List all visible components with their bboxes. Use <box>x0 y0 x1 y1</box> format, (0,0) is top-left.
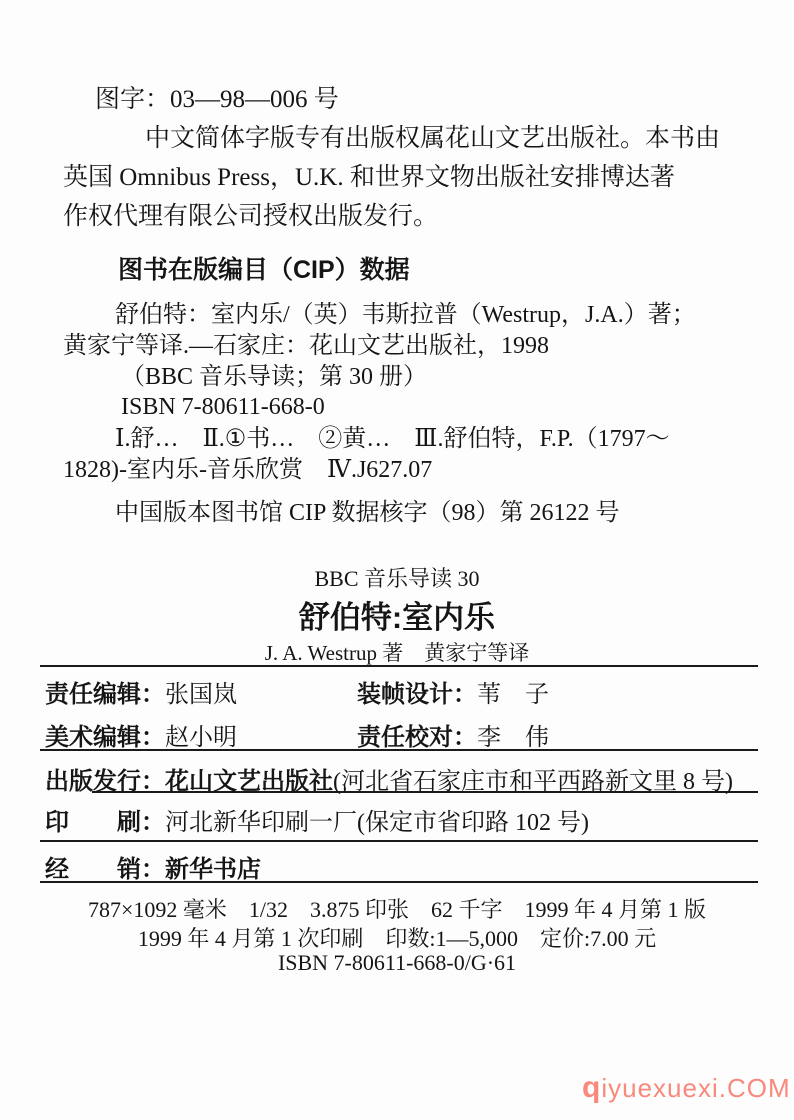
credit-label: 责任校对： <box>357 724 477 751</box>
distributor-row: 经 销：新华书店 <box>45 849 261 884</box>
cip-record-number: 中国版本图书馆 CIP 数据核字（98）第 26122 号 <box>115 498 619 529</box>
credit-label: 责任编辑： <box>45 681 165 708</box>
credits-row-editors: 责任编辑：张国岚 <box>45 674 237 709</box>
cip-entry-line: 黄家宁等译.—石家庄：花山文艺出版社，1998 <box>63 331 549 362</box>
colophon-isbn-line: ISBN 7-80611-668-0/G·61 <box>0 950 794 976</box>
credits-row-design: 装帧设计：苇 子 <box>357 674 549 709</box>
cip-isbn-line: ISBN 7-80611-668-0 <box>63 392 325 423</box>
publisher-name: 花山文艺出版社 <box>165 768 333 795</box>
credit-label: 装帧设计： <box>357 681 477 708</box>
printer-value: 河北新华印刷一厂(保定市省印路 102 号) <box>165 810 589 836</box>
publisher-label: 出版发行： <box>45 768 165 795</box>
colophon-format-line: 787×1092 毫米 1/32 3.875 印张 62 千字 1999 年 4… <box>0 893 794 924</box>
credit-value: 苇 子 <box>477 682 549 708</box>
credits-row-art-editor: 美术编辑：赵小明 <box>45 717 237 752</box>
colophon-printing-line: 1999 年 4 月第 1 次印刷 印数:1—5,000 定价:7.00 元 <box>0 922 794 953</box>
credit-value: 赵小明 <box>165 725 237 751</box>
credit-value: 李 伟 <box>477 725 549 751</box>
cip-entry-line: 舒伯特：室内乐/（英）韦斯拉普（Westrup，J.A.）著； <box>63 300 696 331</box>
divider <box>40 840 758 842</box>
copyright-notice-line: 作权代理有限公司授权出版发行。 <box>63 197 438 236</box>
registration-number: 图字：03—98—006 号 <box>95 80 339 119</box>
printer-row: 印 刷：河北新华印刷一厂(保定市省印路 102 号) <box>45 802 589 837</box>
printer-label: 印 刷： <box>45 809 165 836</box>
book-copyright-page: 图字：03—98—006 号 中文简体字版专有出版权属花山文艺出版社。本书由 英… <box>0 0 794 1120</box>
publisher-address: (河北省石家庄市和平西路新文里 8 号) <box>333 769 733 795</box>
copyright-notice-line: 英国 Omnibus Press，U.K. 和世界文物出版社安排博达著 <box>63 158 675 197</box>
publisher-row: 出版发行：花山文艺出版社(河北省石家庄市和平西路新文里 8 号) <box>45 761 733 796</box>
copyright-notice-line: 中文简体字版专有出版权属花山文艺出版社。本书由 <box>63 119 720 158</box>
credits-row-proofreader: 责任校对：李 伟 <box>357 717 549 752</box>
distributor-value: 新华书店 <box>165 856 261 883</box>
book-title: 舒伯特:室内乐 <box>0 592 794 637</box>
cip-classification-line: 1828)-室内乐-音乐欣赏 Ⅳ.J627.07 <box>63 455 432 486</box>
cip-series-line: （BBC 音乐导读；第 30 册） <box>63 362 427 393</box>
divider <box>40 665 758 667</box>
cip-heading: 图书在版编目（CIP）数据 <box>118 250 410 286</box>
series-title: BBC 音乐导读 30 <box>0 562 794 593</box>
distributor-label: 经 销： <box>45 856 165 883</box>
credit-value: 张国岚 <box>165 682 237 708</box>
cip-classification-line: Ⅰ.舒… Ⅱ.①书… ②黄… Ⅲ.舒伯特，F.P.（1797～ <box>63 424 670 455</box>
credit-label: 美术编辑： <box>45 724 165 751</box>
byline: J. A. Westrup 著 黄家宁等译 <box>0 637 794 667</box>
site-watermark: qiyuexuexi.COM <box>582 1071 791 1105</box>
